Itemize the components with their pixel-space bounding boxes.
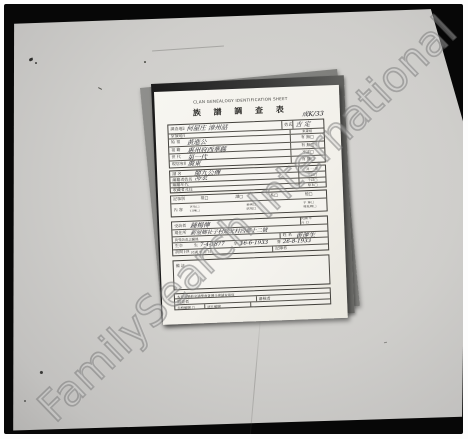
checkbox-option: 有 無□ xyxy=(291,156,325,163)
section-record-types: 記事別 祖□ 譜□ 系□ 他□ 內 容 世系□ 行傳□ xyxy=(170,189,328,218)
section-remarks: 備 註 xyxy=(172,254,330,290)
field-value-handwritten: 黃運生 xyxy=(293,231,327,237)
checkbox-column: 墓圖□ 族規□ xyxy=(246,203,256,211)
field-label: 底片編號 xyxy=(205,303,251,309)
checkbox-group: 世系□ 行傳□ 墓圖□ 族規□ 字 輩□ 遷徙圖□ xyxy=(187,201,326,213)
field-label: 訪問日期 xyxy=(173,250,189,256)
date-handwritten: 26-8-1933 xyxy=(281,238,312,245)
dust-speck xyxy=(24,400,26,402)
checkbox-option: 族規□ xyxy=(246,207,256,211)
empty-cell xyxy=(251,301,330,304)
dust-speck xyxy=(35,62,37,64)
checkbox-option: 行傳□ xyxy=(190,209,200,213)
checkbox-option: 他□ xyxy=(305,191,313,197)
checkbox-column: 字 輩□ 遷徙圖□ xyxy=(303,201,317,209)
scanned-photo-page: CLAN GENEALOGY IDENTIFICATION SHEET 族 譜 … xyxy=(0,0,468,439)
checkbox-option: 遷徙圖□ xyxy=(303,205,317,209)
field-label: 備 註 xyxy=(176,262,186,268)
date-handwritten: 7-4-1877 xyxy=(198,241,225,248)
call-number: 成K/33 xyxy=(302,109,324,118)
checkbox-option: 譜□ xyxy=(235,194,243,200)
dust-speck xyxy=(144,61,146,63)
photo-frame: CLAN GENEALOGY IDENTIFICATION SHEET 族 譜 … xyxy=(4,4,463,434)
field-label: 現居省縣 xyxy=(170,161,186,167)
date-handwritten: 16-6-1933 xyxy=(237,240,268,247)
section-informant: 受訪者 鍾楊傳 民國 年 月 日 現住所 新屋鄉社子村陸北村四鄰十二號 與受訪者… xyxy=(171,215,329,256)
field-label: 收藏者及住址 xyxy=(171,187,193,192)
field-value-handwritten xyxy=(288,244,328,250)
field-value-handwritten: 吉 定 xyxy=(293,120,323,128)
field-label: 記錄者 xyxy=(272,246,288,252)
checkbox-column: 世系□ 行傳□ xyxy=(189,206,199,214)
checkbox-option: 祖□ xyxy=(200,195,208,201)
checkbox-option: 原本□ xyxy=(299,182,326,187)
checkbox-option: 系□ xyxy=(270,192,278,198)
genealogy-sheet: CLAN GENEALOGY IDENTIFICATION SHEET 族 譜 … xyxy=(154,85,348,325)
field-label: 內 容 xyxy=(171,204,187,217)
field-label: 表格編號 □ xyxy=(175,304,205,309)
section-admin-footer: 本表由猶他家譜學會臺灣分會調查填寫 調查者 審核者 表格編號 □ 底片編號 xyxy=(174,287,332,310)
section-clan-origin: 調查地區 何屋庄 漳州話 姓氏 吉 定 堂號地名 來臺祖 始 祖 黃進公 有 無… xyxy=(167,118,326,168)
